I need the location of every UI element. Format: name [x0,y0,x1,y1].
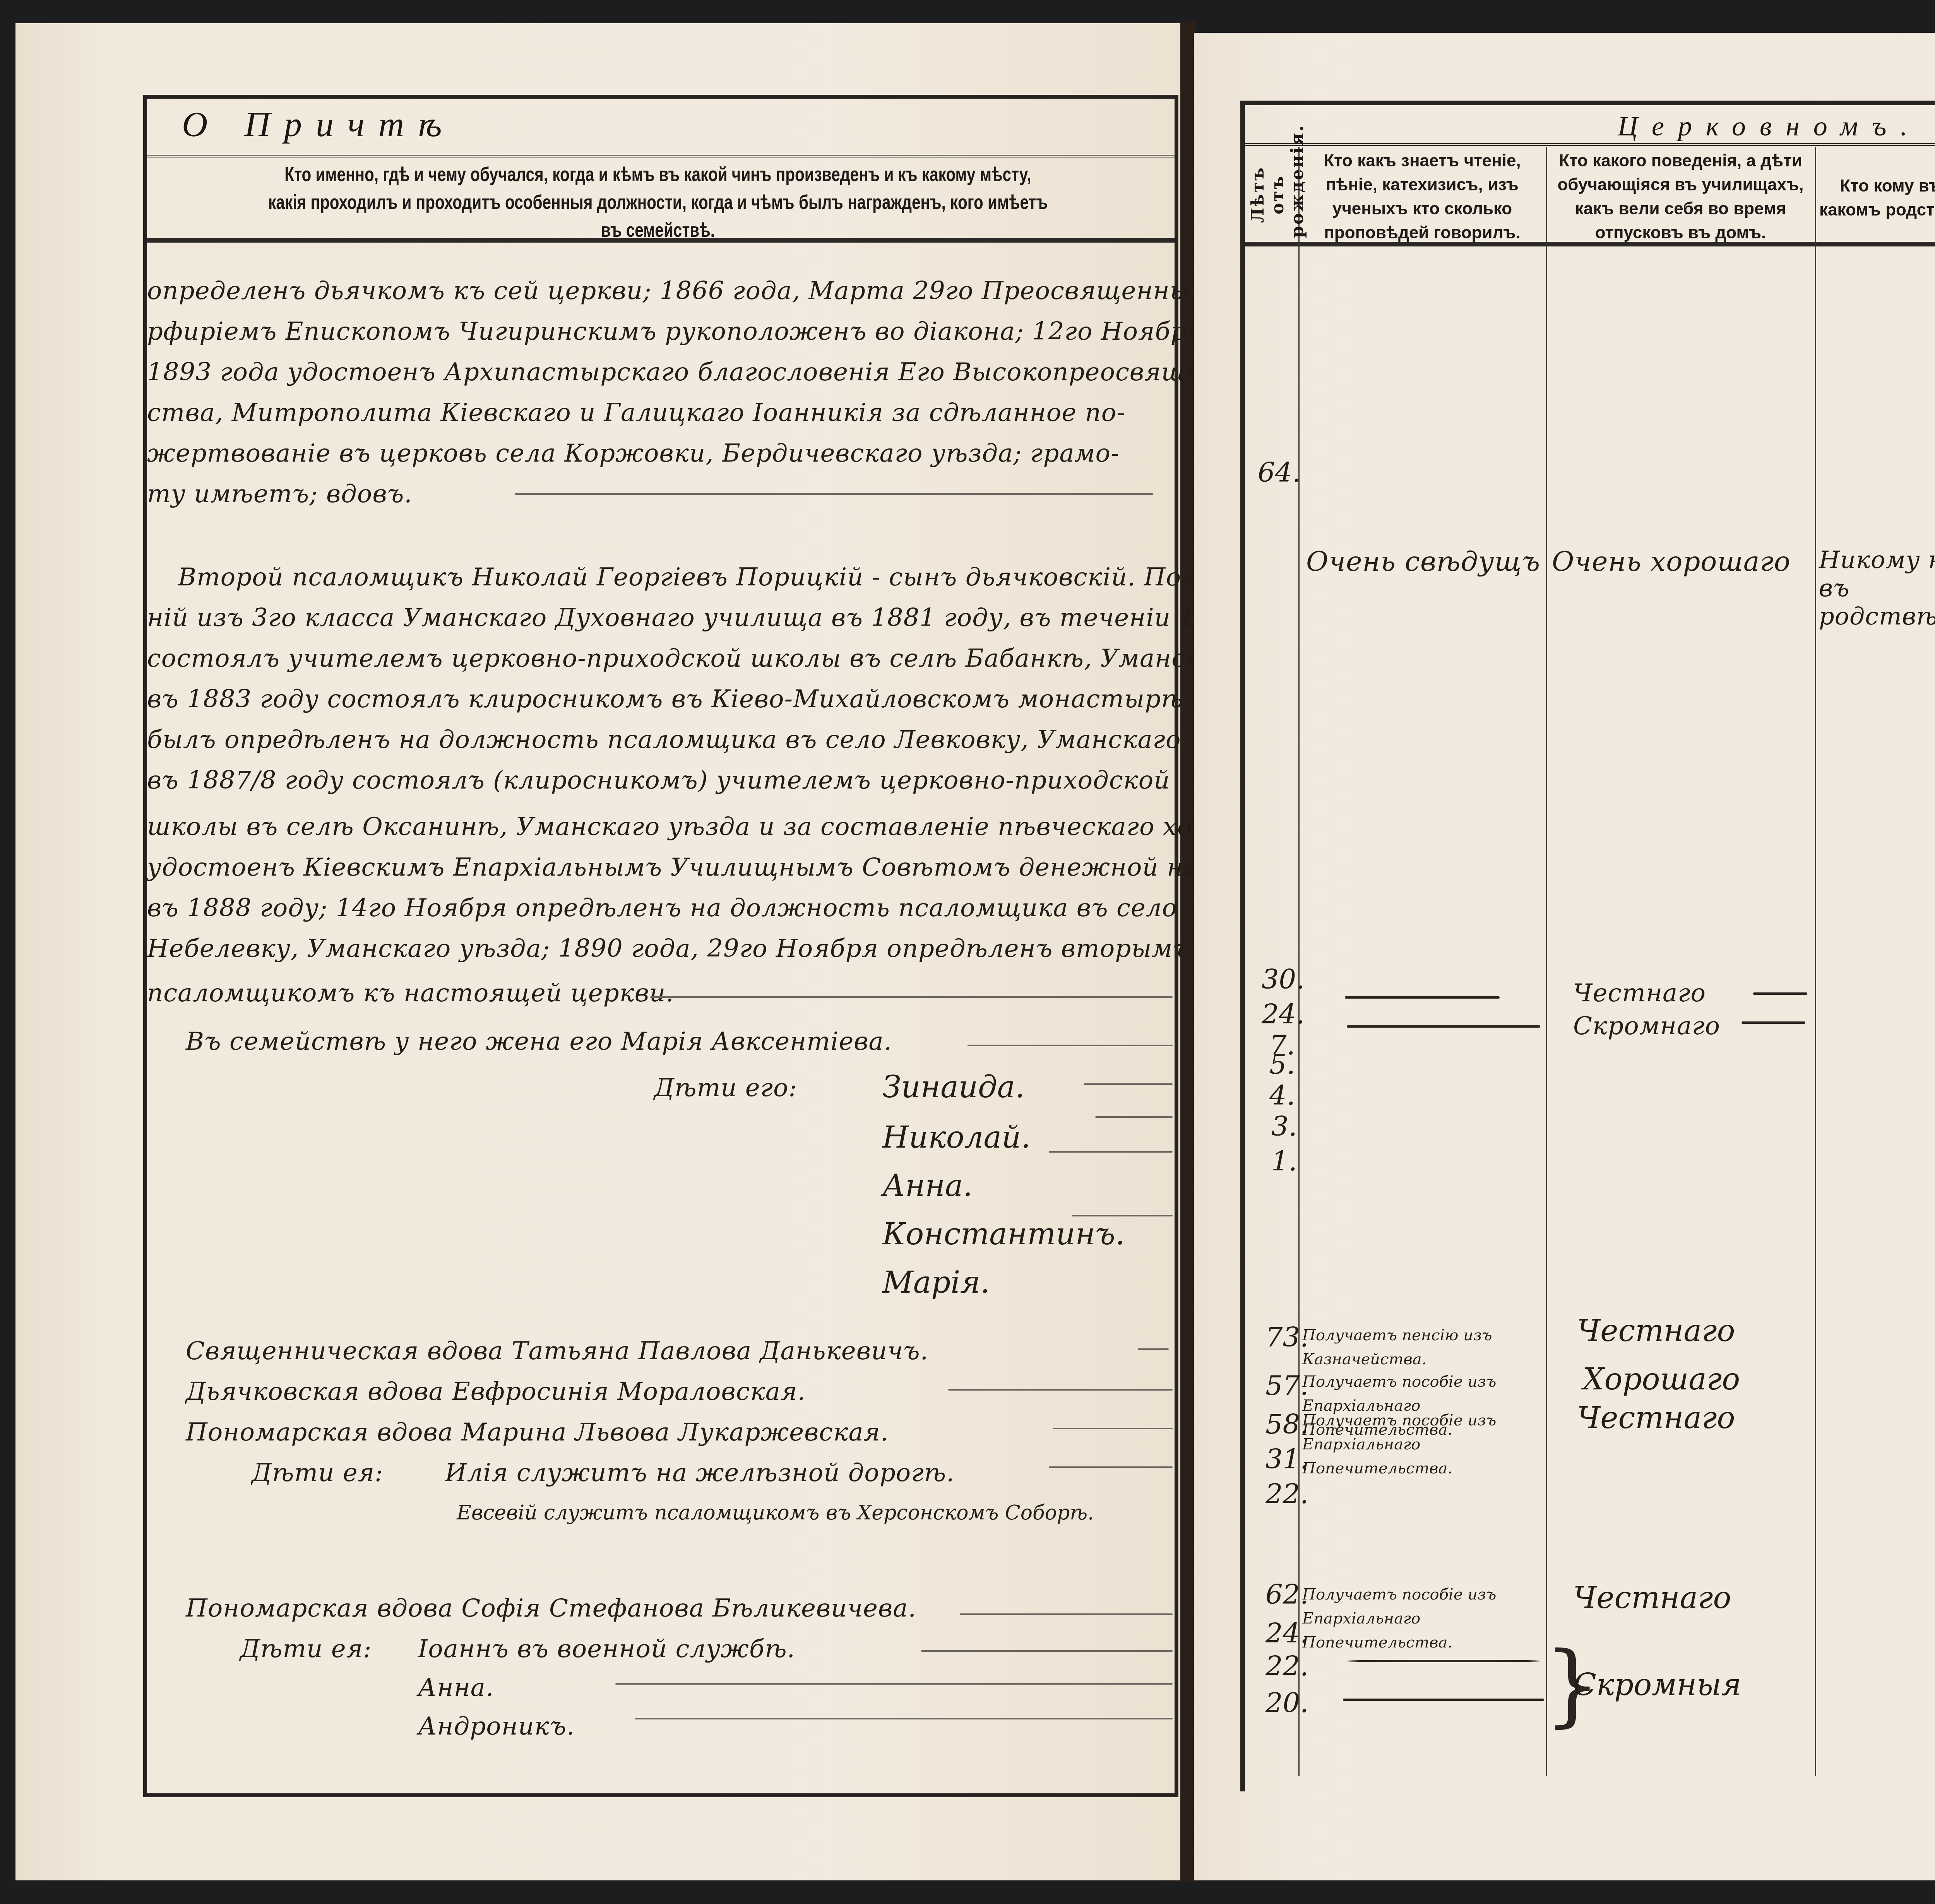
entry-line: Небелевку, Уманскаго уѣзда; 1890 года, 2… [147,934,1190,963]
child-name: Анна. [418,1673,494,1702]
child-name: Зинаида. [882,1070,1025,1105]
entry-line: Пономарская вдова Софія Стефанова Бѣлике… [186,1594,916,1623]
entry-line: жертвованіе въ церковь села Коржовки, Бе… [147,439,1120,468]
entry-line: въ 1887/8 году состоялъ (клиросникомъ) у… [147,766,1170,795]
pencil-dash [921,1650,1173,1652]
column-divider [1298,147,1300,1776]
pencil-dash [1072,1215,1173,1216]
age-cell: 24. [1265,1617,1308,1649]
column-divider [1815,147,1816,1776]
conduct-cell: Очень хорошаго [1552,546,1791,577]
column-header-conduct: Кто какого поведенія, а дѣти обучающіяся… [1550,149,1811,245]
child-name: Евсевій служитъ псаломщикомъ въ Херсонск… [457,1501,1094,1524]
knowledge-cell: Получаетъ пособіе изъ Епархіальнаго Попе… [1302,1582,1542,1654]
child-name: Анна. [882,1168,973,1203]
child-name: Андроникъ. [418,1712,575,1741]
pencil-dash [1049,1151,1173,1153]
entry-line: удостоенъ Кіевскимъ Епархіальнымъ Училищ… [147,853,1280,882]
pencil-dash [967,1045,1173,1046]
conduct-cell: Скромнаго [1573,1012,1720,1040]
age-cell: 31. [1265,1443,1308,1475]
age-cell: 64. [1258,457,1301,488]
knowledge-dash [1343,1699,1544,1701]
column-header-kinship: Кто кому въ какомъ родствѣ. [1819,174,1935,222]
right-section-title: Церковномъ. [1618,110,1921,142]
entry-line: въ 1883 году состоялъ клиросникомъ въ Кі… [147,685,1326,713]
age-cell: 22. [1265,1478,1308,1510]
entry-line: Пономарская вдова Марина Львова Лукаржев… [186,1418,889,1447]
age-cell: 1. [1271,1145,1297,1177]
left-section-title: О Причтѣ [182,104,456,145]
child-name: Іоаннъ въ военной службѣ. [418,1635,795,1663]
entry-line: въ 1888 году; 14го Ноября опредѣленъ на … [147,894,1177,922]
conduct-cell: Скромныя [1573,1668,1741,1702]
knowledge-dash [1347,1025,1540,1028]
column-header-age: Лѣтъ отъ рожденія. [1248,151,1295,238]
age-cell: 20. [1265,1687,1308,1719]
conduct-cell: Честнаго [1577,1314,1735,1348]
entry-line: определенъ дьячкомъ къ сей церкви; 1866 … [147,277,1283,305]
age-cell: 4. [1269,1079,1295,1111]
children-label: Дѣти его: [654,1074,797,1102]
entry-line: ній изъ 3го класса Уманскаго Духовнаго у… [147,604,1311,632]
conduct-cell: Честнаго [1577,1401,1735,1435]
left-column-header: Кто именно, гдѣ и чему обучался, когда и… [265,161,1050,244]
entry-line: псаломщикомъ къ настоящей церкви. [147,979,674,1008]
child-name: Илія служитъ на желѣзной дорогѣ. [445,1459,955,1487]
entry-line: 1893 года удостоенъ Архипастырскаго благ… [147,358,1227,387]
entry-line: Священническая вдова Татьяна Павлова Дан… [186,1337,928,1365]
knowledge-cell: Получаетъ пенсію изъ Казначейства. [1302,1323,1542,1371]
right-table-frame [1240,101,1935,1791]
entry-line: ту имѣетъ; вдовъ. [147,480,413,508]
kinship-cell: Никому не въ родствѣ [1819,546,1935,630]
knowledge-dash [1345,996,1500,999]
pencil-dash [1049,1466,1173,1468]
entry-line: былъ опредѣленъ на должность псаломщика … [147,725,1280,754]
conduct-cell: Хорошаго [1583,1362,1740,1397]
age-cell: 3. [1271,1110,1297,1142]
column-header-knowledge: Кто какъ знаетъ чтеніе, пѣніе, катехизис… [1302,149,1542,245]
child-name: Константинъ. [882,1217,1125,1252]
pencil-dash [1053,1428,1173,1429]
age-cell: 5. [1269,1049,1295,1080]
children-label: Дѣти ея: [252,1459,384,1487]
entry-line: рфиріемъ Епископомъ Чигиринскимъ рукопол… [147,317,1204,346]
pencil-dash [635,1718,1173,1719]
entry-line: Дьячковская вдова Евфросинія Мораловская… [186,1377,806,1406]
age-cell: 30. [1262,963,1305,995]
pencil-dash [615,1683,1173,1685]
knowledge-cell: Очень свѣдущъ [1306,546,1540,577]
left-title-divider [147,155,1175,157]
knowledge-dash [1347,1660,1540,1662]
pencil-dash [1084,1083,1173,1085]
entry-line: школы въ селѣ Оксанинѣ, Уманскаго уѣзда … [147,813,1224,841]
conduct-cell: Честнаго [1573,979,1706,1008]
pencil-dash [948,1389,1173,1391]
age-cell: 24. [1262,998,1305,1030]
entry-line: Второй псаломщикъ Николай Георгіевъ Пори… [178,563,1268,592]
pencil-dash [960,1613,1173,1615]
column-divider [1546,147,1547,1776]
child-name: Николай. [882,1120,1031,1155]
children-label: Дѣти ея: [240,1635,372,1663]
conduct-cell: Честнаго [1573,1581,1731,1615]
knowledge-cell: Получаетъ пособіе изъ Епархіальнаго Попе… [1302,1408,1542,1480]
pencil-dash [1138,1348,1169,1350]
age-cell: 22. [1265,1650,1308,1682]
pencil-dash [650,996,1173,998]
pencil-dash [515,493,1153,495]
conduct-dash [1753,992,1807,995]
pencil-dash [1095,1116,1173,1118]
conduct-dash [1741,1021,1805,1024]
right-title-divider [1245,143,1935,146]
entry-line: состоялъ учителемъ церковно-приходской ш… [147,644,1343,673]
entry-line: ства, Митрополита Кіевскаго и Галицкаго … [147,399,1125,427]
family-line: Въ семействѣ у него жена его Марія Авксе… [186,1027,892,1056]
child-name: Марія. [882,1265,990,1300]
